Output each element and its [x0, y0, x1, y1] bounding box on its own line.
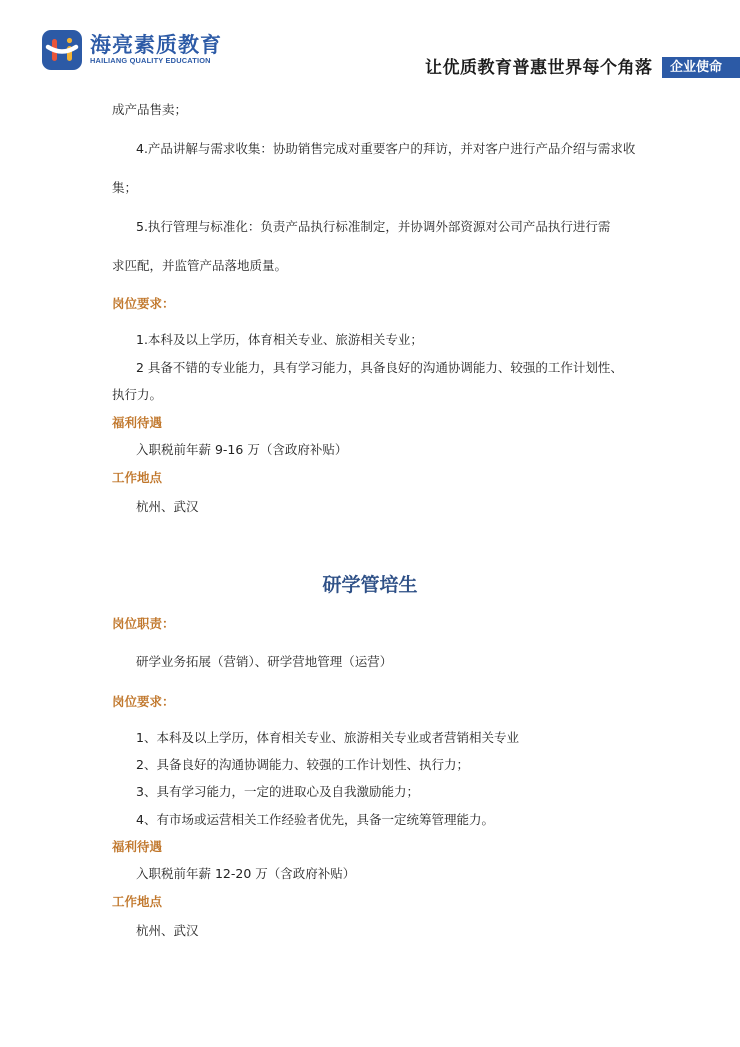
- location-label: 工作地点: [112, 469, 162, 487]
- requirement-item: 1、本科及以上学历，体育相关专业、旅游相关专业或者营销相关专业: [136, 729, 519, 747]
- duty-line: 集；: [112, 179, 137, 197]
- requirement-item: 3、具有学习能力，一定的进取心及自我激励能力；: [136, 783, 419, 801]
- requirement-item: 执行力。: [112, 386, 162, 404]
- benefits-text: 入职税前年薪 12-20 万（含政府补贴）: [136, 865, 355, 883]
- requirements-label: 岗位要求：: [112, 295, 175, 313]
- requirement-item: 4、有市场或运营相关工作经验者优先，具备一定统筹管理能力。: [136, 811, 494, 829]
- requirement-item: 2 具备不错的专业能力，具有学习能力，具备良好的沟通协调能力、较强的工作计划性、: [136, 359, 623, 377]
- mission-slogan: 让优质教育普惠世界每个角落: [425, 57, 653, 79]
- job-title: 研学管培生: [0, 572, 740, 598]
- hailiang-logo-icon: [42, 30, 82, 70]
- location-text: 杭州、武汉: [136, 498, 199, 516]
- requirements-label: 岗位要求：: [112, 693, 175, 711]
- benefits-text: 入职税前年薪 9-16 万（含政府补贴）: [136, 441, 347, 459]
- benefits-label: 福利待遇: [112, 838, 162, 856]
- brand-logo: 海亮素质教育 HAILIANG QUALITY EDUCATION: [42, 30, 222, 70]
- logo-english-name: HAILIANG QUALITY EDUCATION: [90, 56, 222, 66]
- duty-line: 4.产品讲解与需求收集：协助销售完成对重要客户的拜访，并对客户进行产品介绍与需求…: [136, 140, 635, 158]
- duty-line: 求匹配，并监管产品落地质量。: [112, 257, 287, 275]
- duties-label: 岗位职责：: [112, 615, 175, 633]
- requirement-item: 2、具备良好的沟通协调能力、较强的工作计划性、执行力；: [136, 756, 469, 774]
- location-label: 工作地点: [112, 893, 162, 911]
- logo-chinese-name: 海亮素质教育: [90, 34, 222, 56]
- requirement-item: 1.本科及以上学历，体育相关专业、旅游相关专业；: [136, 331, 423, 349]
- duties-text: 研学业务拓展（营销）、研学营地管理（运营）: [136, 653, 392, 671]
- benefits-label: 福利待遇: [112, 414, 162, 432]
- duty-line: 成产品售卖；: [112, 101, 187, 119]
- page-header: 海亮素质教育 HAILIANG QUALITY EDUCATION 让优质教育普…: [0, 0, 740, 90]
- location-text: 杭州、武汉: [136, 922, 199, 940]
- mission-badge: 企业使命: [662, 57, 740, 78]
- duty-line: 5.执行管理与标准化：负责产品执行标准制定，并协调外部资源对公司产品执行进行需: [136, 218, 610, 236]
